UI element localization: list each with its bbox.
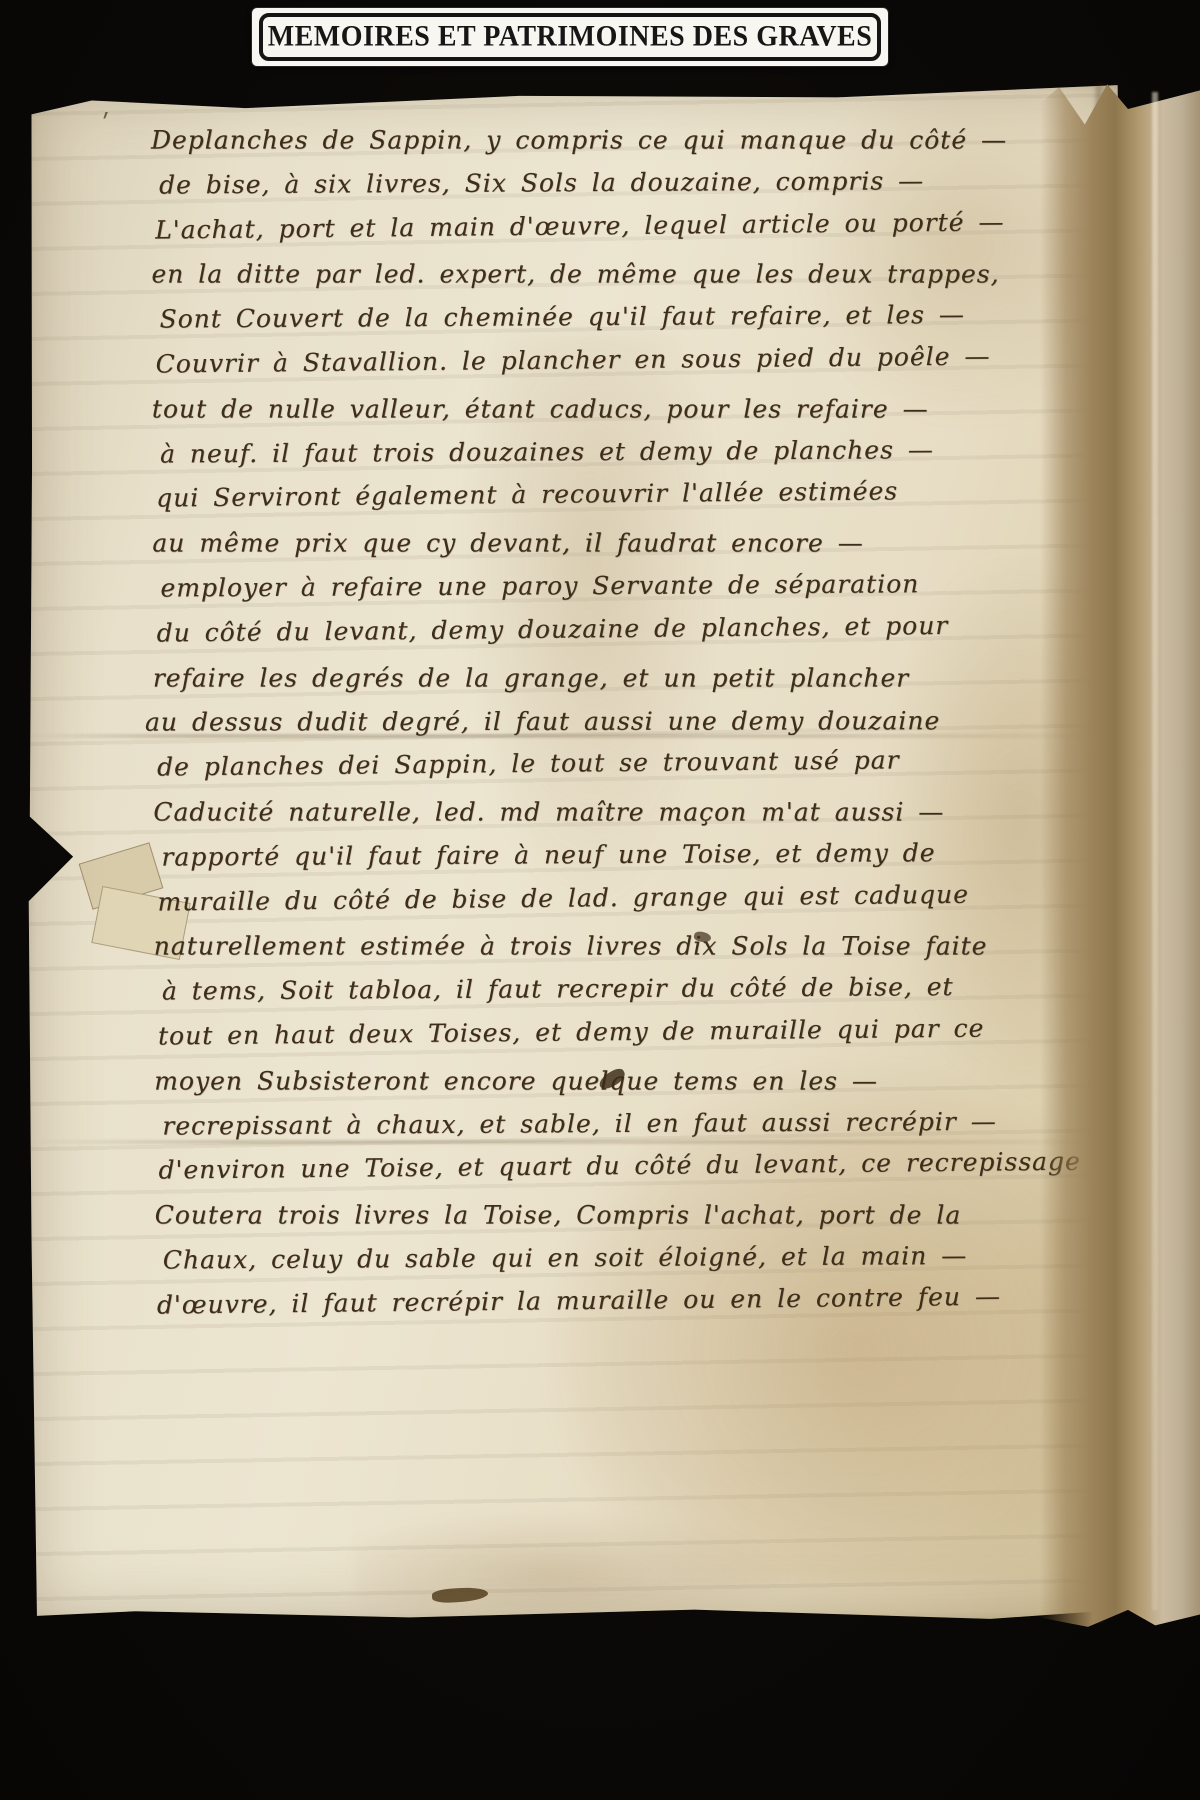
manuscript-line: L'achat, port et la main d'œuvre, lequel…	[155, 206, 1055, 259]
manuscript-line: Deplanches de Sappin, y compris ce qui m…	[151, 126, 1051, 171]
manuscript-line: tout de nulle valleur, étant caducs, pou…	[152, 394, 1052, 439]
manuscript-line: Couvrir à Stavallion. le plancher en sou…	[156, 341, 1056, 394]
photo-background: ʹ Deplanches de Sappin, y compris ce qui…	[0, 0, 1200, 1800]
manuscript-line: naturellement estimée à trois livres dix…	[154, 932, 1054, 977]
banner-title: MEMOIRES ET PATRIMOINES DES GRAVES	[268, 20, 873, 53]
ink-smudge-bottom	[432, 1586, 489, 1604]
manuscript-line: Caducité naturelle, led. md maître maçon…	[153, 798, 1053, 843]
manuscript-line: en la ditte par led. expert, de même que…	[151, 260, 1051, 305]
manuscript-page: ʹ Deplanches de Sappin, y compris ce qui…	[26, 82, 1122, 1622]
manuscript-line: moyen Subsisteront encore quelque tems e…	[154, 1066, 1054, 1111]
binding-strip	[1040, 78, 1200, 1630]
manuscript-text: Deplanches de Sappin, y compris ce qui m…	[150, 122, 1054, 1335]
manuscript-line: qui Serviront également à recouvrir l'al…	[156, 475, 1056, 528]
stain-bottom-edge	[356, 1512, 786, 1627]
manuscript-line: muraille du côté de bise de lad. grange …	[157, 878, 1057, 931]
manuscript-line: du côté du levant, demy douzaine de plan…	[156, 610, 1056, 663]
manuscript-line: Coutera trois livres la Toise, Compris l…	[155, 1201, 1055, 1246]
manuscript-line: tout en haut deux Toises, et demy de mur…	[158, 1013, 1058, 1066]
manuscript-line: au même prix que cy devant, il faudrat e…	[152, 529, 1052, 574]
banner-border: MEMOIRES ET PATRIMOINES DES GRAVES	[259, 13, 881, 61]
binding-fold-highlight	[1152, 92, 1158, 1610]
margin-mark: ʹ	[102, 110, 109, 140]
manuscript-line: de planches dei Sappin, le tout se trouv…	[157, 744, 1057, 797]
manuscript-line: d'œuvre, il faut recrépir la muraille ou…	[157, 1281, 1057, 1335]
manuscript-line: refaire les degrés de la grange, et un p…	[153, 663, 1053, 708]
manuscript-line: d'environ une Toise, et quart du côté du…	[158, 1147, 1058, 1200]
collection-banner: MEMOIRES ET PATRIMOINES DES GRAVES	[252, 8, 888, 66]
